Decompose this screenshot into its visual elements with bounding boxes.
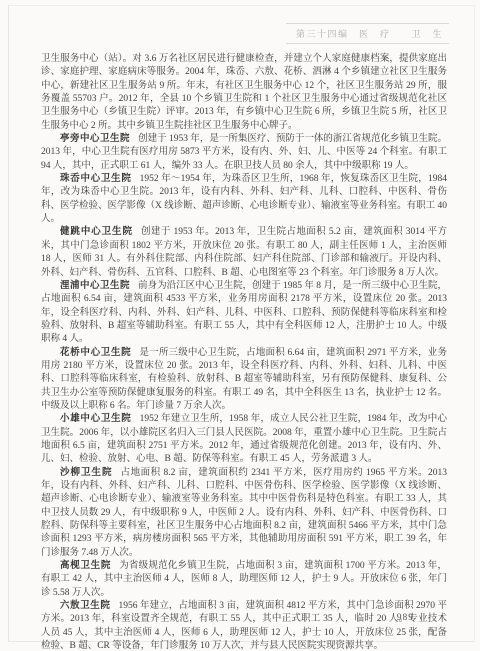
paragraph: 亭旁中心卫生院创建于 1953 年，是一所集医疗、预防于一体的浙江省规范化乡镇卫… [41,133,447,173]
entry-title: 沙柳卫生院 [60,468,113,478]
paragraph: 花桥中心卫生院是一所三级中心卫生院，占地面积 6.64 亩，建筑面积 2971 … [41,347,447,414]
body-text: 卫生服务中心（站）。对 3.6 万名社区居民进行健康检查，并建立个人家庭健康档案… [41,53,447,651]
paragraph: 珠岙中心卫生院1952 年～1954 年，为珠岙区卫生所，1968 年，恢复珠岙… [41,173,447,226]
paragraph: 沙柳卫生院占地面积 8.2 亩，建筑面积约 2341 平方米，医疗用房约 196… [41,467,447,560]
entry-title: 健跳中心卫生院 [60,227,133,237]
entry-title: 亭旁中心卫生院 [60,134,130,144]
document-page: 第三十四编 医 疗 卫 生 卫生服务中心（站）。对 3.6 万名社区居民进行健康… [0,0,480,651]
paragraph: 卫生服务中心（站）。对 3.6 万名社区居民进行健康检查，并建立个人家庭健康档案… [41,53,447,133]
entry-title: 六敖卫生院 [60,601,110,611]
entry-title: 花桥中心卫生院 [60,348,131,358]
entry-title: 高枧卫生院 [60,561,111,571]
entry-title: 小雄中心卫生院 [60,414,132,424]
chapter-title: 第三十四编 医 疗 卫 生 [296,29,443,39]
paragraph: 六敖卫生院1956 年建立，占地面积 3 亩，建筑面积 4812 平方米，其中门… [41,600,447,651]
paragraph: 浬浦中心卫生院前身为沿江区中心卫生院，创建于 1985 年 8 月，是一所三级中… [41,280,447,347]
running-head: 第三十四编 医 疗 卫 生 [286,23,449,44]
entry-title: 浬浦中心卫生院 [60,281,130,291]
page-number: 989 [397,613,414,623]
paragraph: 高枧卫生院为省级规范化乡镇卫生院，占地面积 3 亩，建筑面积 1700 平方米。… [41,560,447,600]
paragraph: 健跳中心卫生院创建于 1953 年。2013 年，卫生院占地面积 5.2 亩，建… [41,226,447,279]
entry-title: 珠岙中心卫生院 [60,174,132,184]
paragraph: 小雄中心卫生院1952 年建立卫生所，1958 年，成立人民公社卫生院，1984… [41,413,447,466]
